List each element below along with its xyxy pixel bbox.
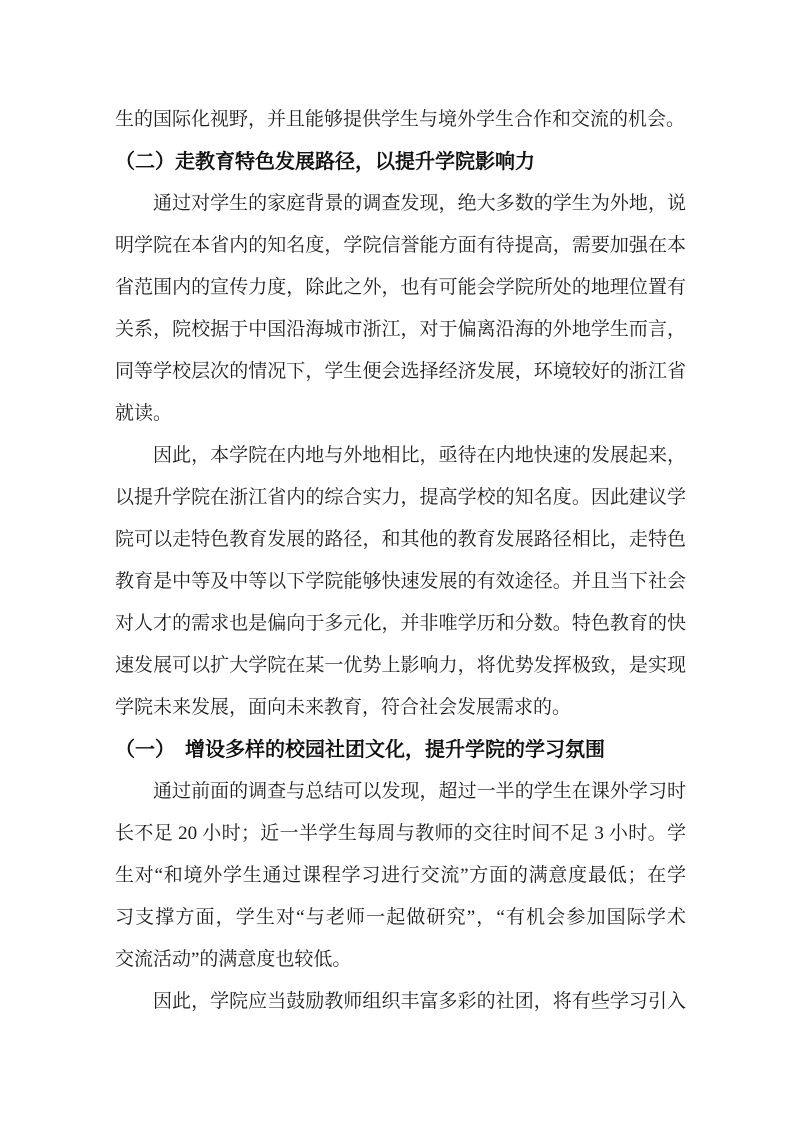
text-line: 教育是中等及中等以下学院能够快速发展的有效途径。并且当下社会 (115, 561, 686, 603)
text-line: 生的国际化视野，并且能够提供学生与境外学生合作和交流的机会。 (115, 99, 686, 141)
text-line: 以提升学院在浙江省内的综合实力，提高学校的知名度。因此建议学 (115, 477, 686, 519)
paragraph-student-satisfaction-survey: 通过前面的调查与总结可以发现，超过一半的学生在课外学习时长不足 20 小时；近一… (115, 771, 686, 981)
paragraph-continuation: 生的国际化视野，并且能够提供学生与境外学生合作和交流的机会。 (115, 99, 686, 141)
paragraph-family-background-survey: 通过对学生的家庭背景的调查发现，绝大多数的学生为外地，说明学院在本省内的知名度，… (115, 183, 686, 435)
text-line: 通过对学生的家庭背景的调查发现，绝大多数的学生为外地，说 (115, 183, 686, 225)
text-line: 明学院在本省内的知名度，学院信誉能方面有待提高，需要加强在本 (115, 225, 686, 267)
text-line: 因此，本学院在内地与外地相比，亟待在内地快速的发展起来， (115, 435, 686, 477)
text-line: 生对“和境外学生通过课程学习进行交流”方面的满意度最低；在学 (115, 855, 686, 897)
document-content: 生的国际化视野，并且能够提供学生与境外学生合作和交流的机会。（二）走教育特色发展… (115, 99, 686, 1023)
document-page: 生的国际化视野，并且能够提供学生与境外学生合作和交流的机会。（二）走教育特色发展… (0, 0, 800, 1131)
text-line: 就读。 (115, 393, 686, 435)
text-line: 关系，院校据于中国沿海城市浙江，对于偏离沿海的外地学生而言， (115, 309, 686, 351)
heading-section-one: （一） 增设多样的校园社团文化，提升学院的学习氛围 (115, 729, 686, 771)
paragraph-special-education-advice: 因此，本学院在内地与外地相比，亟待在内地快速的发展起来，以提升学院在浙江省内的综… (115, 435, 686, 729)
text-line: 长不足 20 小时；近一半学生每周与教师的交往时间不足 3 小时。学 (115, 813, 686, 855)
text-line: 因此，学院应当鼓励教师组织丰富多彩的社团，将有些学习引入 (115, 981, 686, 1023)
text-line: 交流活动”的满意度也较低。 (115, 939, 686, 981)
heading-section-two: （二）走教育特色发展路径，以提升学院影响力 (115, 141, 686, 183)
text-line: 对人才的需求也是偏向于多元化，并非唯学历和分数。特色教育的快 (115, 603, 686, 645)
text-line: 通过前面的调查与总结可以发现，超过一半的学生在课外学习时 (115, 771, 686, 813)
text-line: 习支撑方面，学生对“与老师一起做研究”，“有机会参加国际学术 (115, 897, 686, 939)
text-line: 速发展可以扩大学院在某一优势上影响力，将优势发挥极致，是实现 (115, 645, 686, 687)
text-line: 省范围内的宣传力度，除此之外，也有可能会学院所处的地理位置有 (115, 267, 686, 309)
text-line: 同等学校层次的情况下，学生便会选择经济发展，环境较好的浙江省 (115, 351, 686, 393)
paragraph-societies-advice: 因此，学院应当鼓励教师组织丰富多彩的社团，将有些学习引入 (115, 981, 686, 1023)
text-line: 学院未来发展，面向未来教育，符合社会发展需求的。 (115, 687, 686, 729)
text-line: 院可以走特色教育发展的路径，和其他的教育发展路径相比，走特色 (115, 519, 686, 561)
